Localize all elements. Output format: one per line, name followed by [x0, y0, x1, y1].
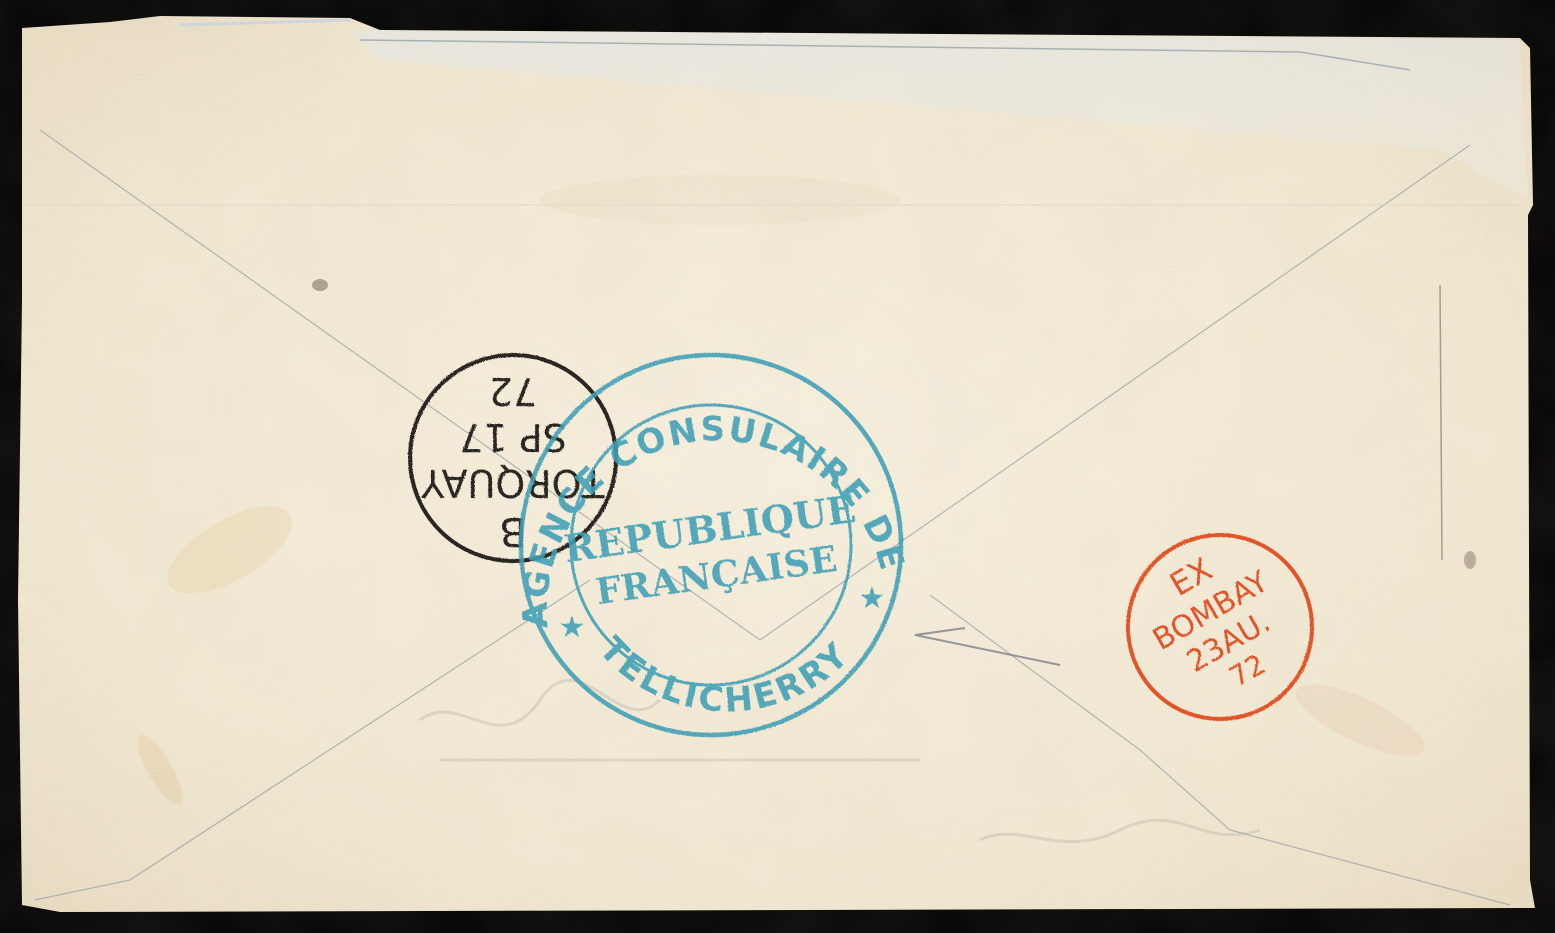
star-ornament-right-icon: ★: [859, 581, 886, 616]
envelope-paper: [0, 0, 1555, 933]
torquay-date: SP 17: [459, 415, 566, 459]
star-ornament-left-icon: ★: [559, 610, 586, 645]
envelope-scene: B TORQUAY SP 17 72 AGENCE CONSULAIRE DE …: [0, 0, 1555, 933]
torquay-year: 72: [489, 369, 537, 413]
